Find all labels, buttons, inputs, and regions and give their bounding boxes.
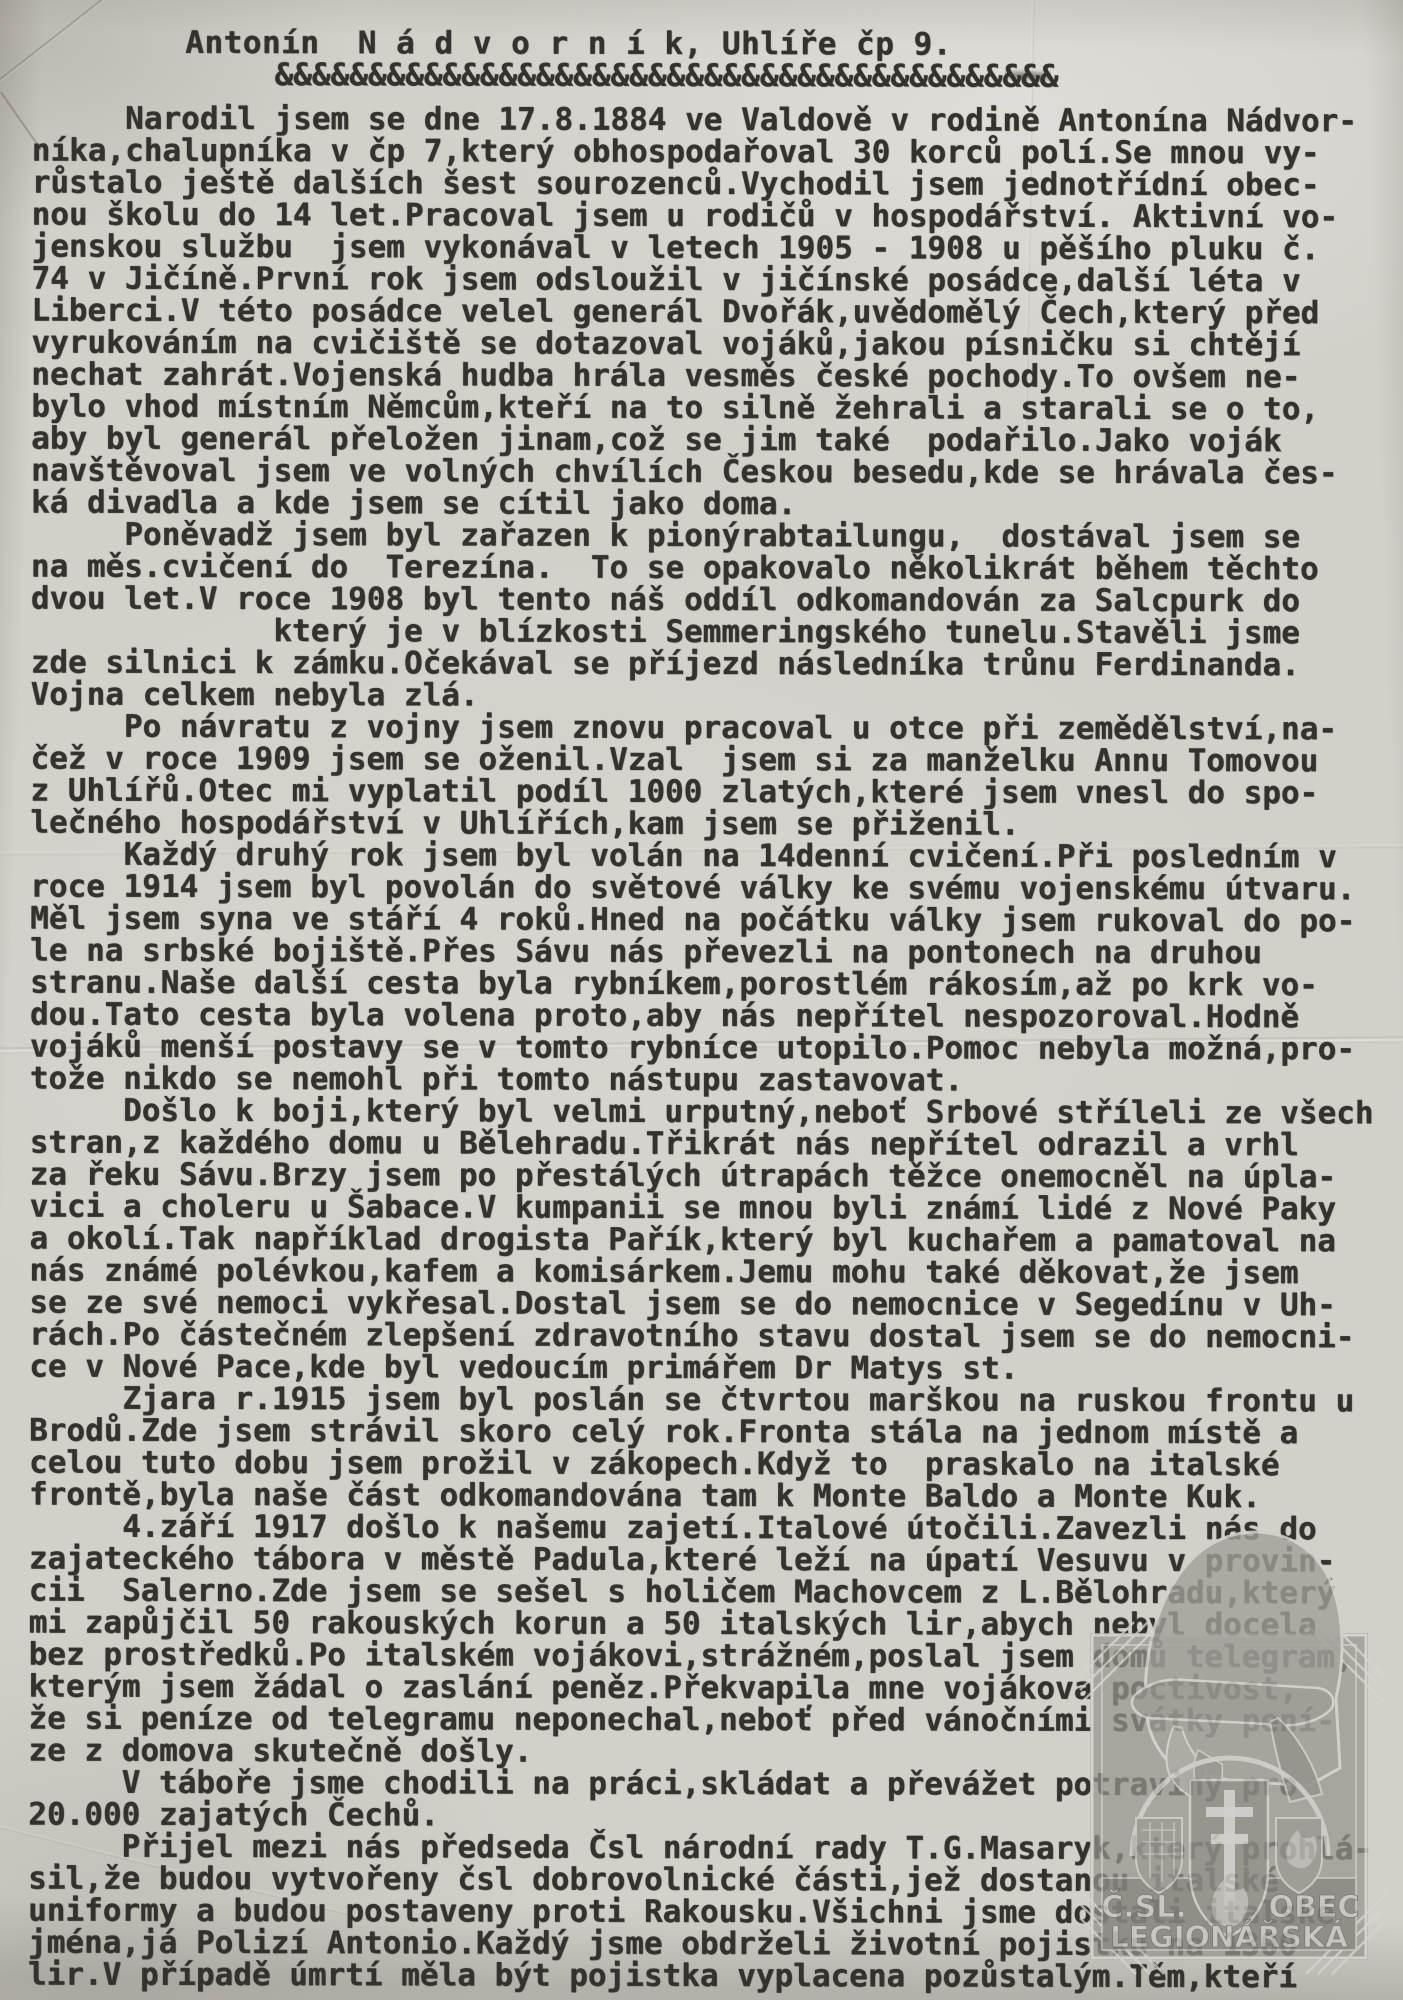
stamp-text-legionarska: LEGIONÁŘSKÁ xyxy=(1110,1920,1349,1954)
scanned-document-page: Antonín N á d v o r n í k, Uhlíře čp 9. … xyxy=(0,0,1403,2000)
right-shield xyxy=(1276,1818,1322,1893)
central-shield-double-cross xyxy=(1190,1780,1268,1937)
csl-obec-legionarska-emblem: Č.SL. OBEC LEGIONÁŘSKÁ xyxy=(1078,1518,1400,1996)
legionnaire-stamp-watermark: Č.SL. OBEC LEGIONÁŘSKÁ xyxy=(1078,1518,1400,1996)
ampersand-divider: &&&&&&&&&&&&&&&&&&&&&&&&&&&&&&&&&&&&&&&&… xyxy=(32,59,1403,94)
left-shield xyxy=(1136,1818,1182,1893)
